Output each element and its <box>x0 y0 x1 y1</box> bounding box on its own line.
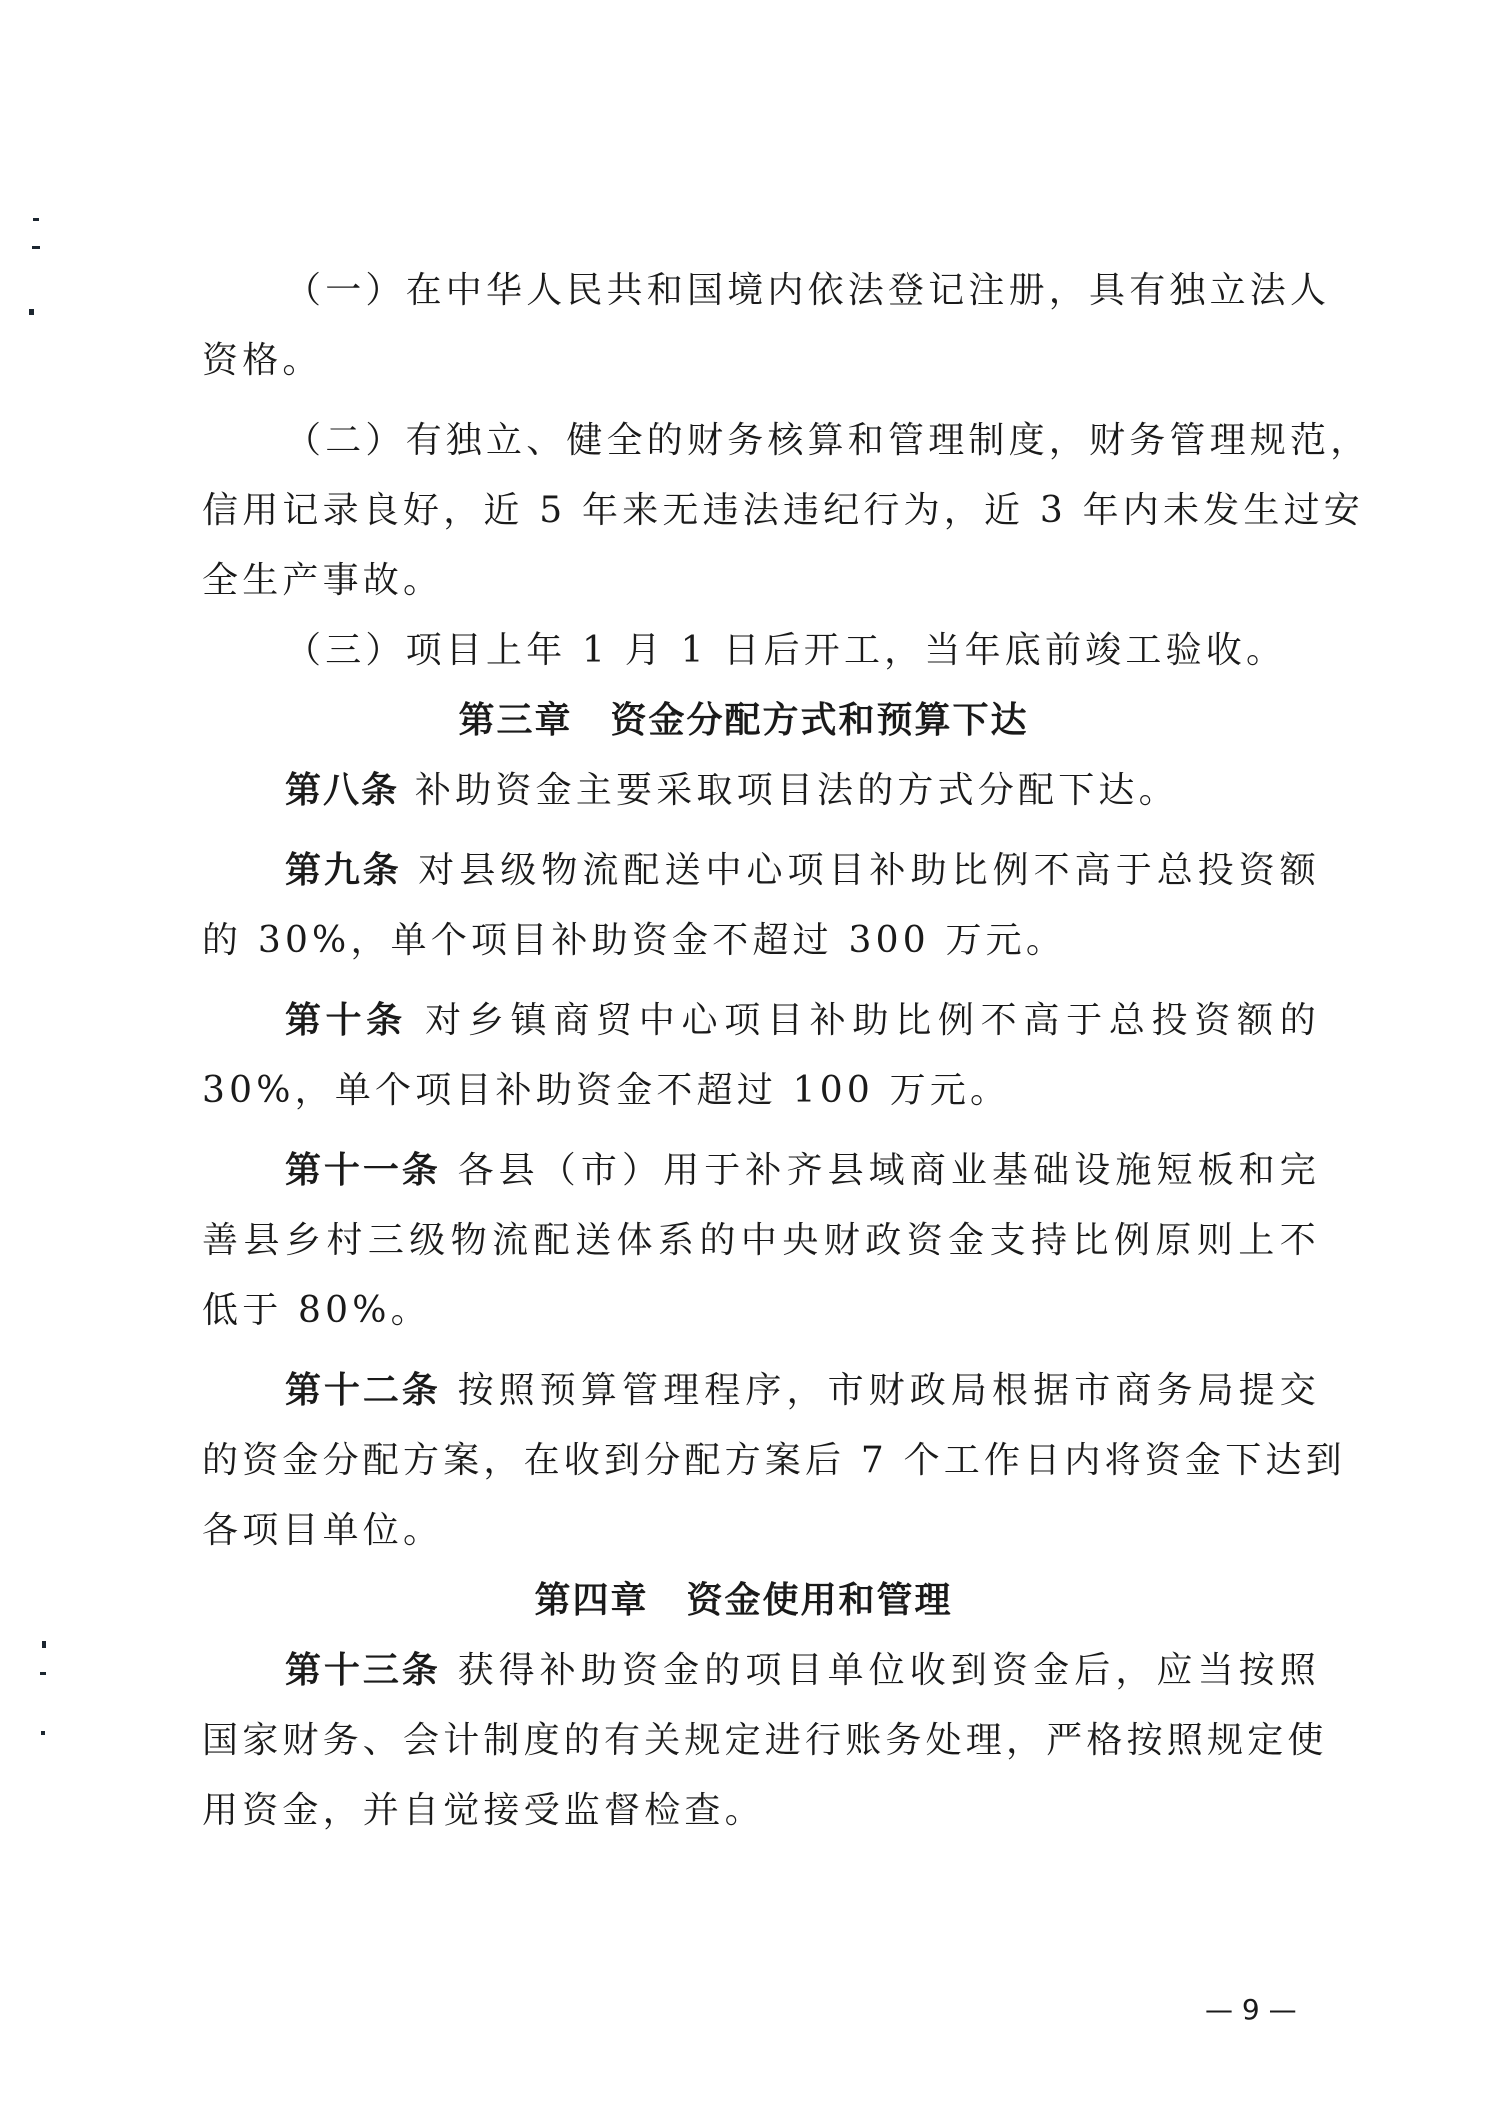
scan-mark <box>41 1731 45 1735</box>
article-13-line-1: 第十三条获得补助资金的项目单位收到资金后，应当按照 <box>285 1649 1320 1693</box>
article-9-label: 第九条 <box>285 850 401 891</box>
article-12-line-1: 第十二条按照预算管理程序，市财政局根据市商务局提交 <box>285 1369 1320 1413</box>
condition-2-line-2: 信用记录良好，近 5 年来无违法违纪行为，近 3 年内未发生过安 <box>202 489 1320 533</box>
condition-3-line-1: （三）项目上年 1 月 1 日后开工，当年底前竣工验收。 <box>285 629 1286 673</box>
article-9-text: 对县级物流配送中心项目补助比例不高于总投资额 <box>417 850 1320 891</box>
article-13-line-2: 国家财务、会计制度的有关规定进行账务处理，严格按照规定使 <box>202 1719 1320 1763</box>
article-11-line-3: 低于 80%。 <box>202 1289 431 1333</box>
scan-mark <box>40 1672 46 1675</box>
article-10-line-2: 30%，单个项目补助资金不超过 100 万元。 <box>202 1069 1010 1113</box>
article-13-text: 获得补助资金的项目单位收到资金后，应当按照 <box>457 1650 1320 1691</box>
chapter-3-heading: 第三章 资金分配方式和预算下达 <box>0 699 1487 743</box>
article-11-line-2: 善县乡村三级物流配送体系的中央财政资金支持比例原则上不 <box>202 1219 1320 1263</box>
condition-2-line-1: （二）有独立、健全的财务核算和管理制度，财务管理规范， <box>285 419 1320 463</box>
article-8-line-1: 第八条补助资金主要采取项目法的方式分配下达。 <box>285 769 1179 813</box>
chapter-4-heading: 第四章 资金使用和管理 <box>0 1579 1487 1623</box>
article-12-line-2: 的资金分配方案，在收到分配方案后 7 个工作日内将资金下达到 <box>202 1439 1320 1483</box>
article-12-line-3: 各项目单位。 <box>202 1509 443 1553</box>
scan-mark <box>33 218 39 221</box>
condition-2-line-3: 全生产事故。 <box>202 559 443 603</box>
article-8-text: 补助资金主要采取项目法的方式分配下达。 <box>415 770 1179 811</box>
article-13-label: 第十三条 <box>285 1650 441 1691</box>
article-9-line-2: 的 30%，单个项目补助资金不超过 300 万元。 <box>202 919 1066 963</box>
scan-mark <box>42 1641 46 1648</box>
document-page: （一）在中华人民共和国境内依法登记注册，具有独立法人 资格。 （二）有独立、健全… <box>0 0 1487 2102</box>
article-9-line-1: 第九条对县级物流配送中心项目补助比例不高于总投资额 <box>285 849 1320 893</box>
article-13-line-3: 用资金，并自觉接受监督检查。 <box>202 1789 765 1833</box>
scan-mark <box>29 309 34 315</box>
article-10-text: 对乡镇商贸中心项目补助比例不高于总投资额的 <box>423 1000 1320 1041</box>
article-8-label: 第八条 <box>285 770 399 811</box>
article-11-text: 各县（市）用于补齐县域商业基础设施短板和完 <box>457 1150 1320 1191</box>
article-10-label: 第十条 <box>285 1000 407 1041</box>
page-number: — 9 — <box>1205 1993 1297 2027</box>
article-12-label: 第十二条 <box>285 1370 441 1411</box>
article-12-text: 按照预算管理程序，市财政局根据市商务局提交 <box>457 1370 1320 1411</box>
scan-mark <box>32 246 40 249</box>
article-11-line-1: 第十一条各县（市）用于补齐县域商业基础设施短板和完 <box>285 1149 1320 1193</box>
condition-1-line-2: 资格。 <box>202 339 323 383</box>
condition-1-line-1: （一）在中华人民共和国境内依法登记注册，具有独立法人 <box>285 269 1320 313</box>
article-11-label: 第十一条 <box>285 1150 441 1191</box>
article-10-line-1: 第十条对乡镇商贸中心项目补助比例不高于总投资额的 <box>285 999 1320 1043</box>
